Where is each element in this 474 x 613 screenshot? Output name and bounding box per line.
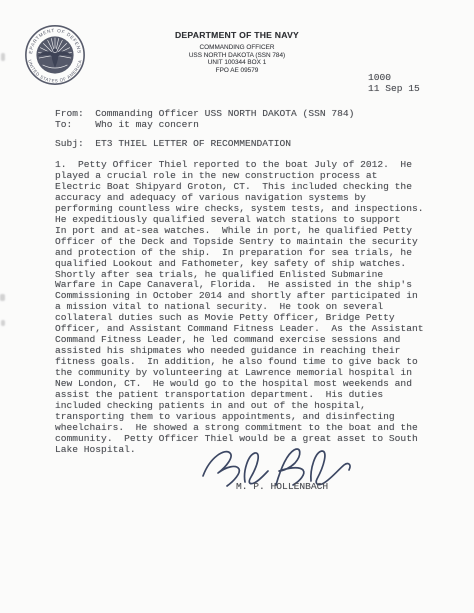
to-value: Who it may concern: [95, 119, 199, 130]
reference-block: 1000 11 Sep 15: [368, 73, 420, 95]
department-title: DEPARTMENT OF THE NAVY: [0, 30, 474, 40]
scan-artifact: [1, 53, 5, 61]
to-label: To:: [55, 120, 95, 131]
scan-artifact: [1, 320, 5, 326]
letterhead-line-commanding-officer: COMMANDING OFFICER: [0, 44, 474, 52]
to-line: To:Who it may concern: [55, 120, 354, 131]
subject-value: ET3 THIEL LETTER OF RECOMMENDATION: [95, 138, 291, 149]
letter-body: 1. Petty Officer Thiel reported to the b…: [55, 160, 423, 456]
signer-name: M. P. HOLLENBACH: [236, 482, 328, 493]
subject-line: Subj:ET3 THIEL LETTER OF RECOMMENDATION: [55, 139, 291, 150]
scan-artifact: [0, 294, 5, 301]
letter-page: DEPARTMENT OF DEFENSE UNITED STATES OF A…: [0, 0, 474, 613]
letterhead-address: COMMANDING OFFICER USS NORTH DAKOTA (SSN…: [0, 44, 474, 75]
address-block: From:Commanding Officer USS NORTH DAKOTA…: [55, 109, 354, 131]
from-value: Commanding Officer USS NORTH DAKOTA (SSN…: [95, 108, 354, 119]
subject-label: Subj:: [55, 139, 95, 150]
letterhead-line-unit: UNIT 100344 BOX 1: [0, 59, 474, 67]
letter-date: 11 Sep 15: [368, 84, 420, 95]
letterhead: DEPARTMENT OF THE NAVY COMMANDING OFFICE…: [0, 30, 474, 75]
